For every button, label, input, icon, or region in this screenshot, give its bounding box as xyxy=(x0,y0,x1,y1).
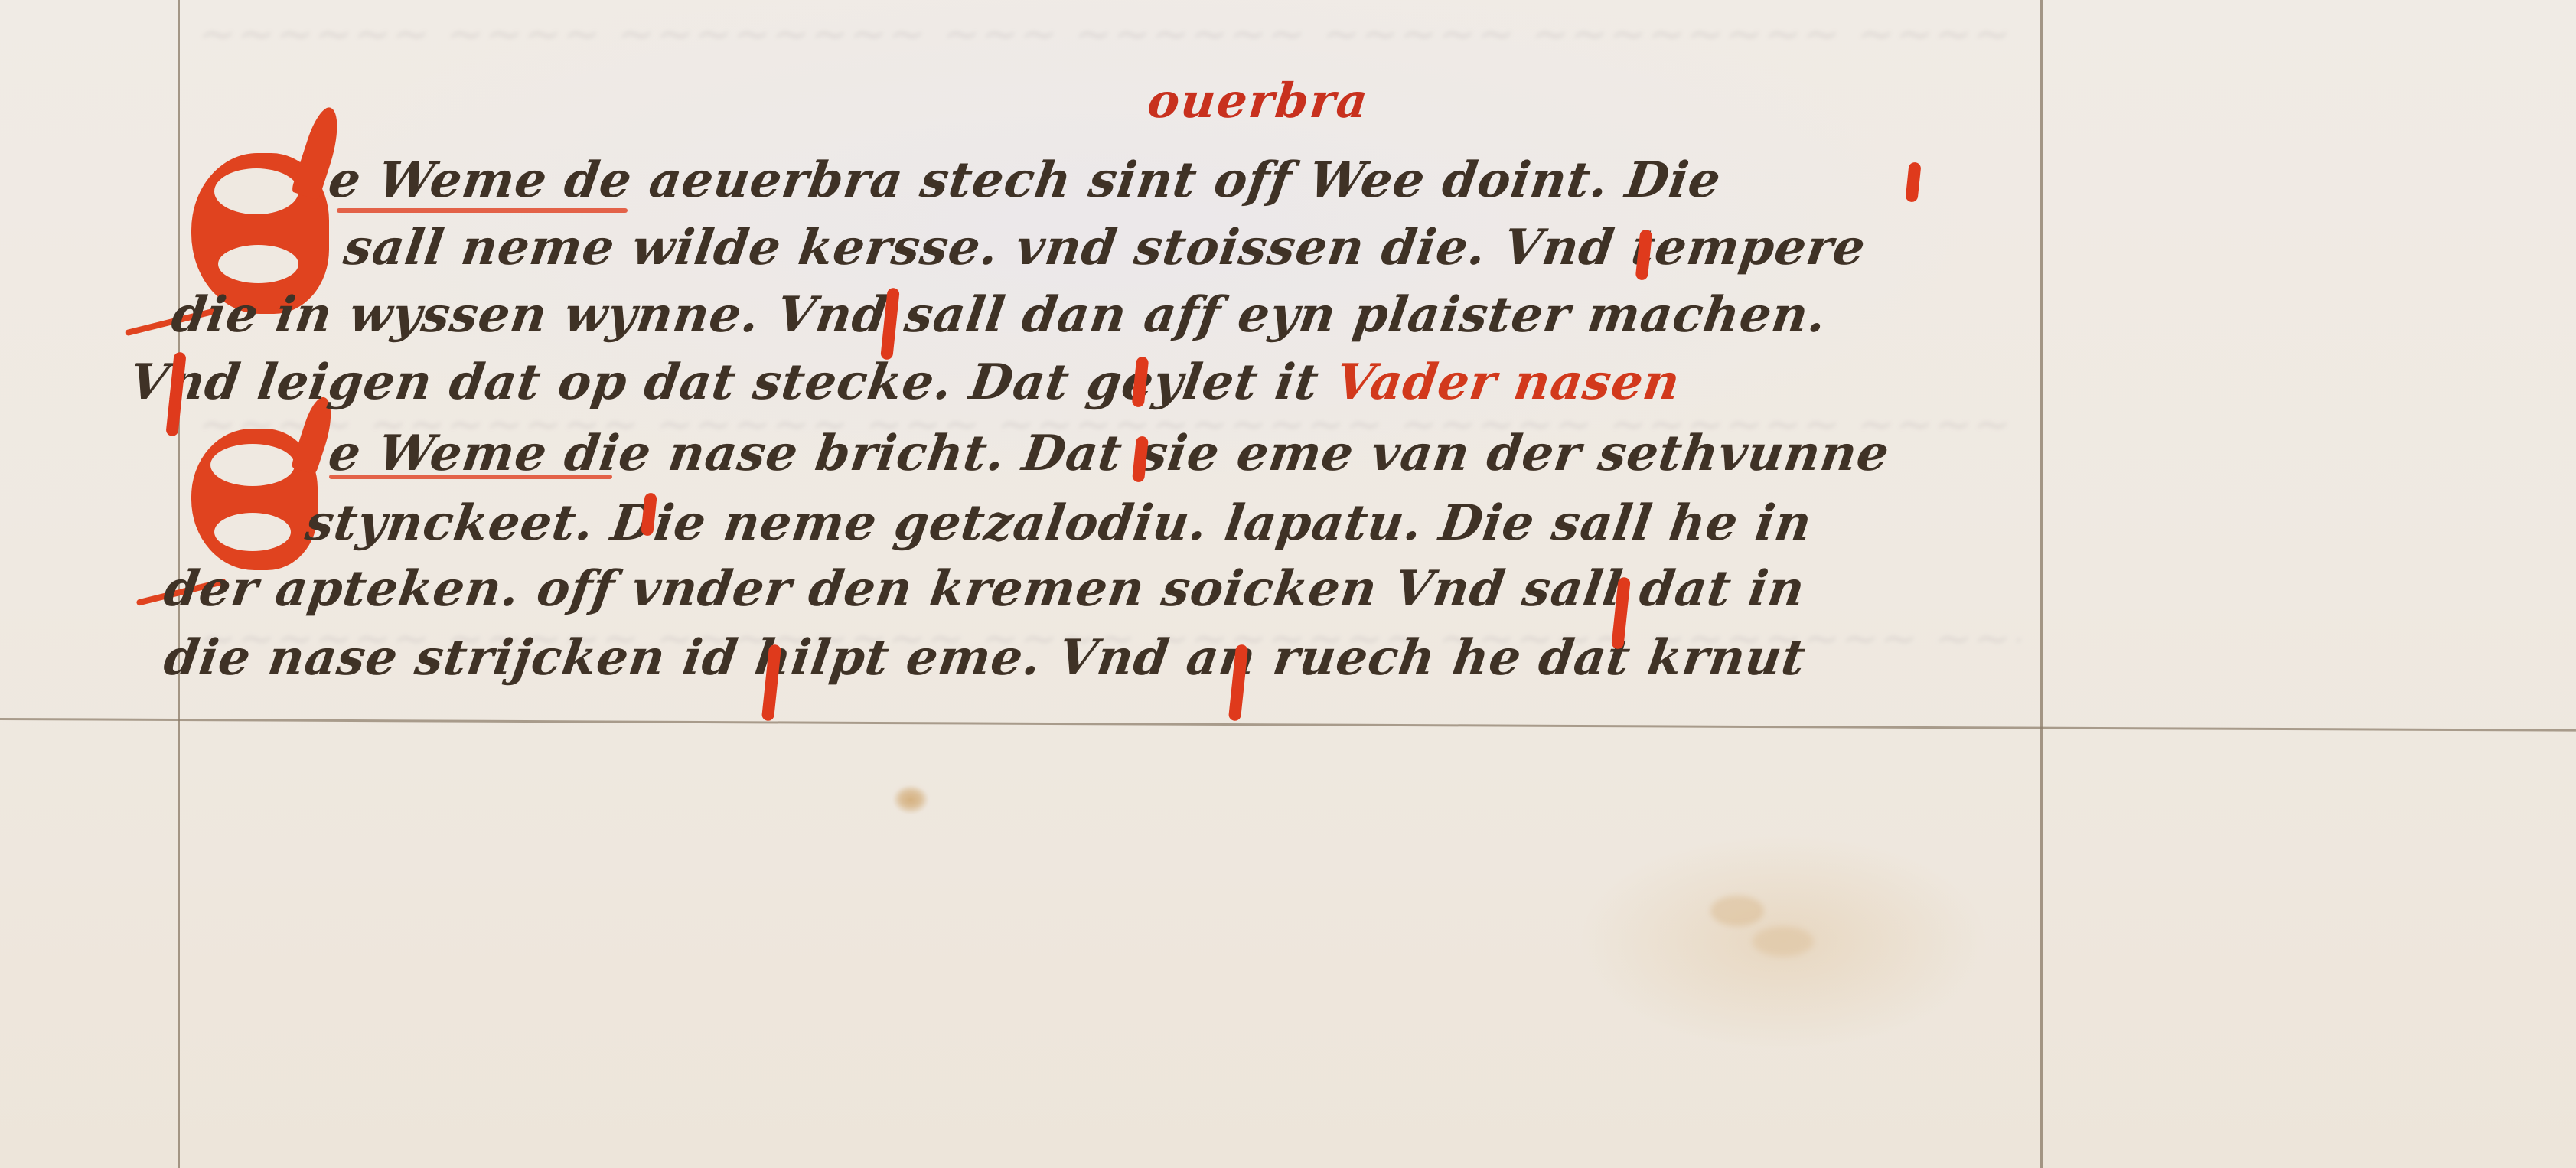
manuscript-line: e Weme de aeuerbra stech sint off Wee do… xyxy=(325,152,1725,209)
red-underline xyxy=(329,475,612,479)
rubric-heading: ouerbra xyxy=(1145,73,1371,129)
manuscript-line: die nase strijcken id hilpt eme. Vnd an … xyxy=(161,629,1810,687)
red-capital-stroke xyxy=(1905,161,1921,202)
parchment-page: ~~~~~~ ~~~~ ~~~~~~~~ ~~~ ~~~~~~ ~~~~~ ~~… xyxy=(0,0,2576,1168)
manuscript-line: die in wyssen wynne. Vnd sall dan aff ey… xyxy=(168,286,1831,344)
right-margin-ruling xyxy=(2040,0,2043,1168)
stain xyxy=(1710,896,1764,926)
stain xyxy=(897,788,924,810)
manuscript-line: Vnd leigen dat op dat stecke. Dat geylet… xyxy=(126,354,1684,411)
stain xyxy=(1753,926,1814,957)
bottom-text-ruling xyxy=(0,718,2576,732)
manuscript-line: e Weme die nase bricht. Dat sie eme van … xyxy=(325,425,1893,482)
manuscript-line: stynckeet. Die neme getzalodiu. lapatu. … xyxy=(302,494,1816,552)
red-underline xyxy=(337,208,628,213)
manuscript-line: der apteken. off vnder den kremen soicke… xyxy=(161,560,1809,618)
show-through-text: ~~~~~~ ~~~~ ~~~~~~~~ ~~~ ~~~~~~ ~~~~~ ~~… xyxy=(199,8,2020,60)
rubric-next-heading: Vader nasen xyxy=(1332,354,1684,411)
